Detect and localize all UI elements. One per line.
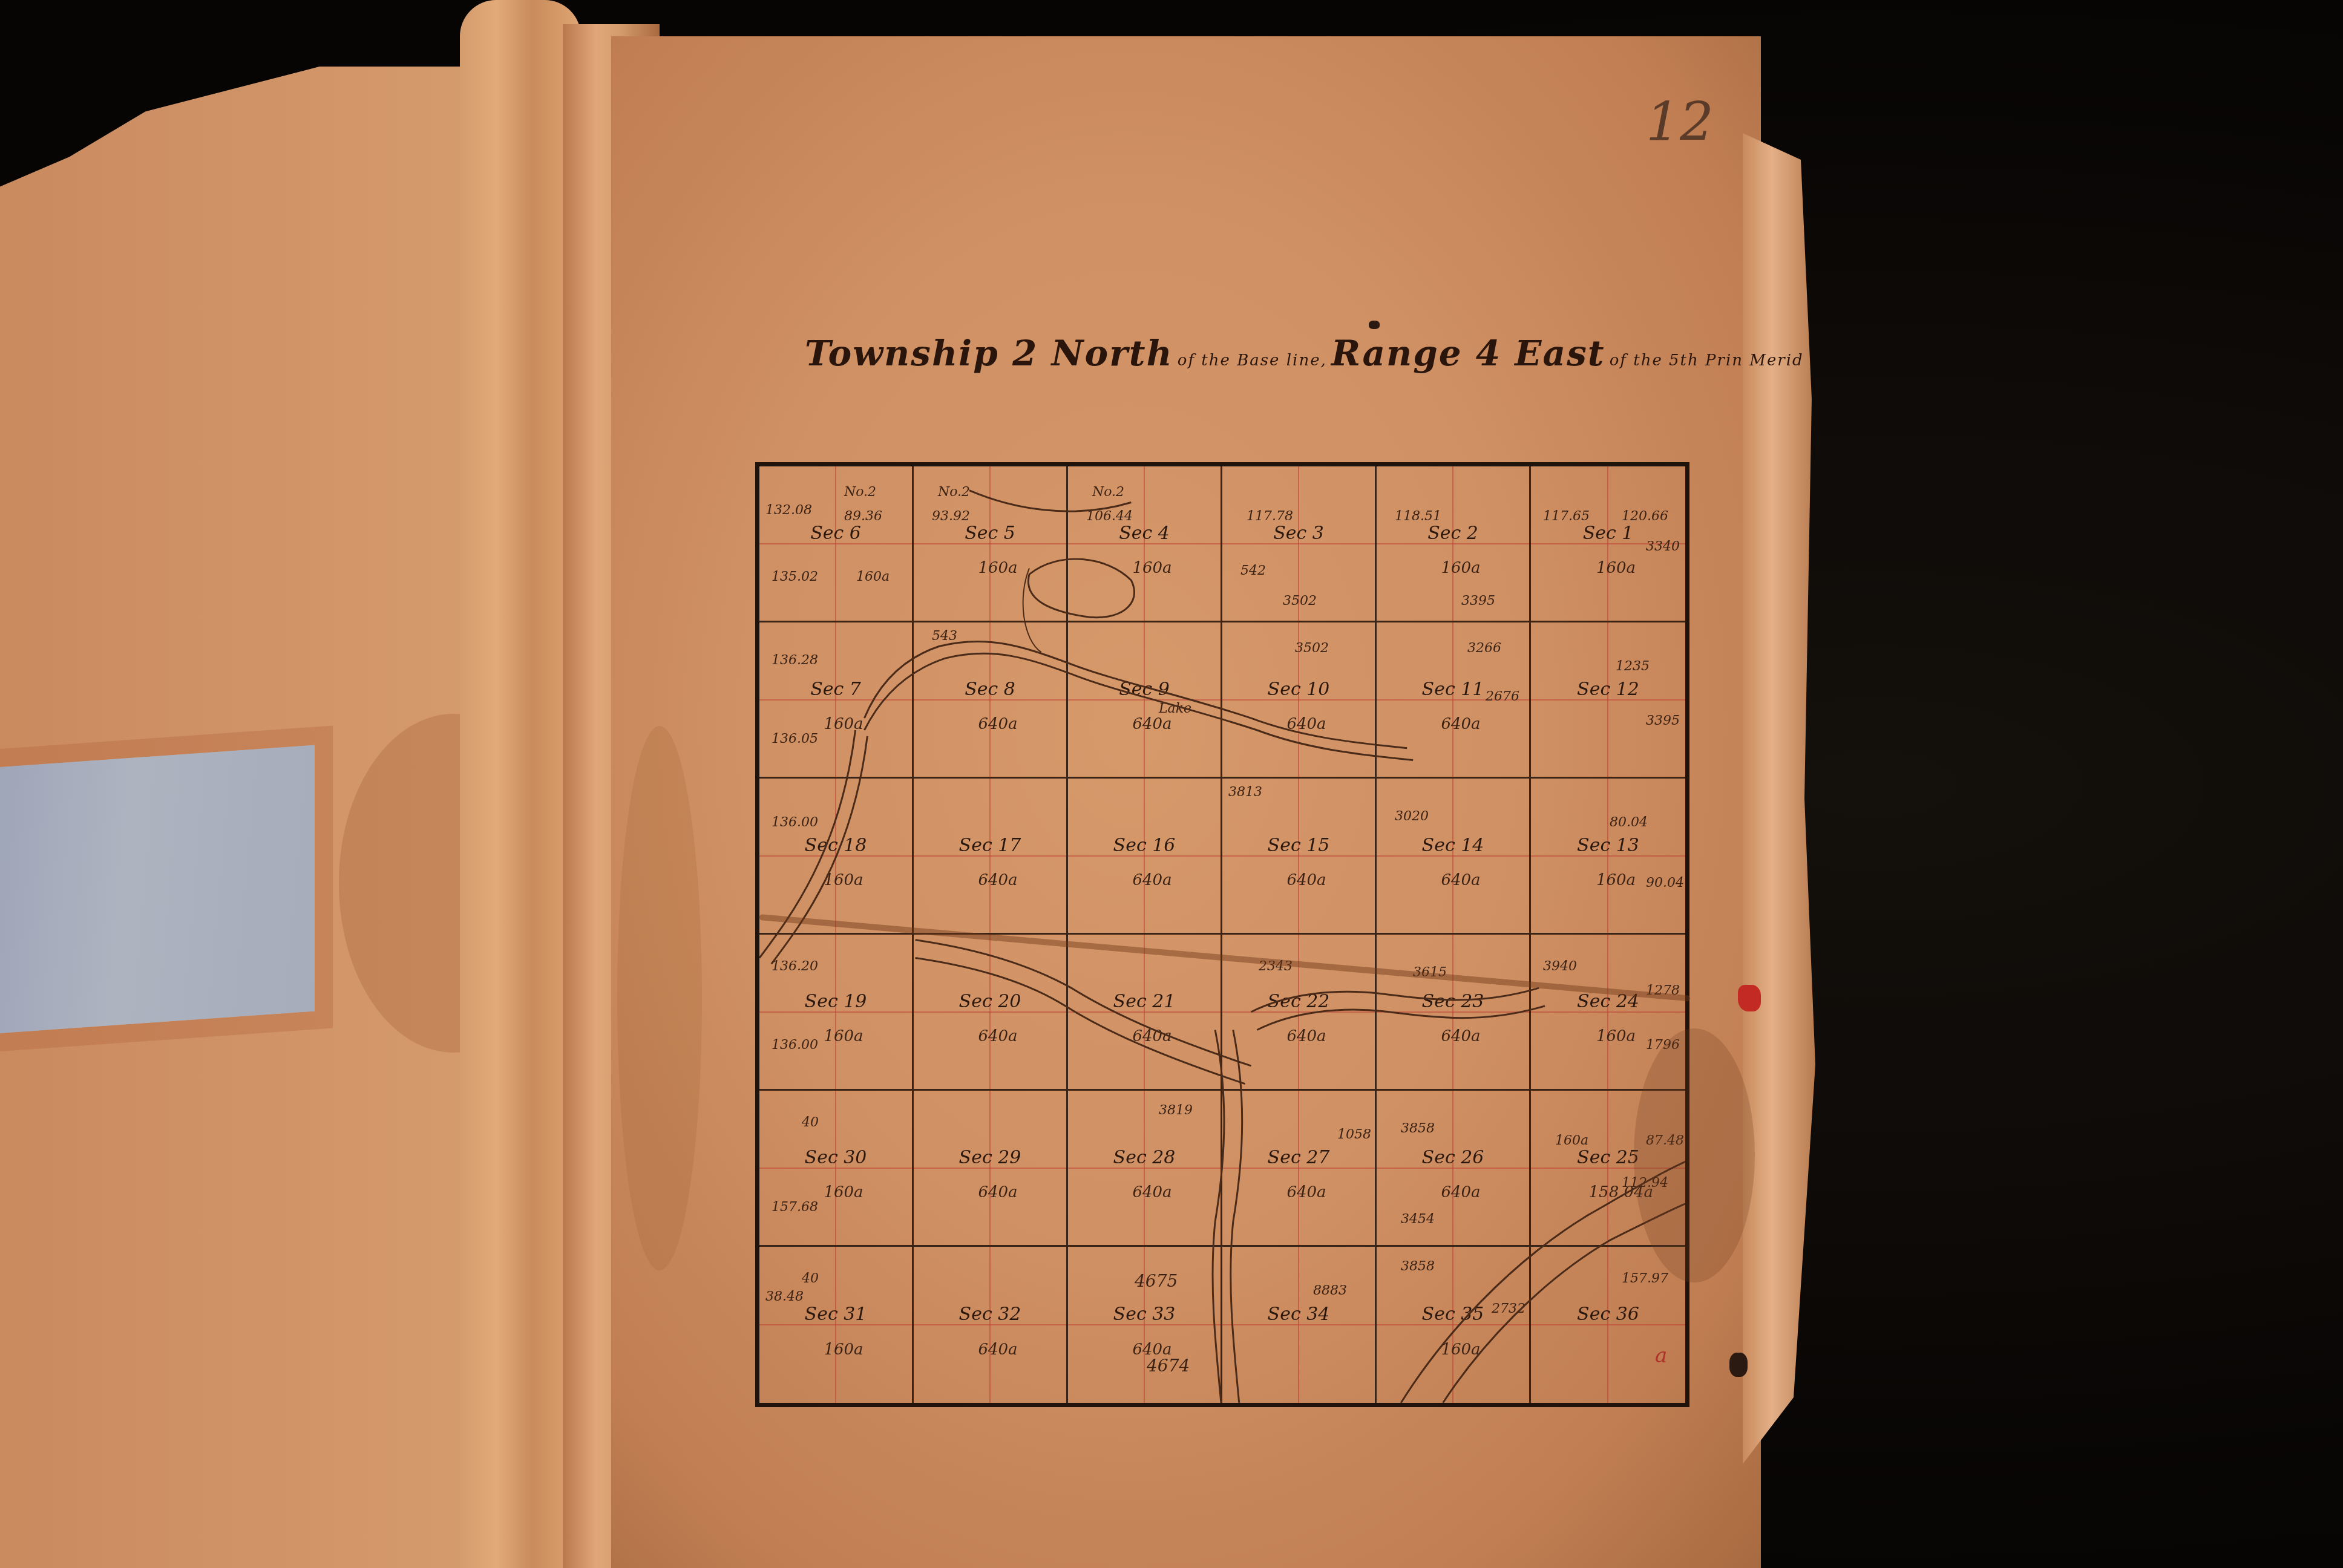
section-20[interactable]: Sec 20640a (914, 935, 1068, 1091)
section-area: 640a (1132, 871, 1171, 889)
section-18[interactable]: Sec 18160a136.00 (759, 779, 914, 935)
section-area: 640a (1286, 871, 1326, 889)
section-16[interactable]: Sec 16640a (1068, 779, 1222, 935)
section-area: 160a (824, 715, 863, 733)
section-area: 640a (978, 1183, 1017, 1201)
section-15[interactable]: Sec 15640a3813 (1222, 779, 1377, 935)
section-area: 640a (1132, 1183, 1171, 1201)
section-label: Sec 18 (805, 835, 867, 856)
section-area: 160a (1441, 1341, 1480, 1359)
section-label: Sec 7 (810, 679, 861, 700)
section-label: Sec 23 (1422, 991, 1484, 1012)
section-label: Sec 12 (1577, 679, 1639, 700)
section-grid: Sec 6132.08No.289.36135.02160a Sec 5160a… (759, 466, 1685, 1403)
section-14[interactable]: Sec 14640a3020 (1377, 779, 1531, 935)
township-plat-map: Sec 6132.08No.289.36135.02160a Sec 5160a… (755, 462, 1689, 1407)
section-area: 160a (824, 871, 863, 889)
section-13[interactable]: Sec 13160a80.0490.04 (1531, 779, 1685, 935)
section-27[interactable]: Sec 27640a1058 (1222, 1091, 1377, 1247)
section-label: Sec 5 (965, 523, 1015, 544)
section-29[interactable]: Sec 29640a (914, 1091, 1068, 1247)
section-label: Sec 28 (1113, 1147, 1176, 1168)
section-3[interactable]: Sec 3117.785423502 (1222, 466, 1377, 622)
title-township: Township 2 North (805, 333, 1173, 374)
section-area: 640a (978, 1027, 1017, 1045)
section-label: Sec 27 (1268, 1147, 1330, 1168)
blue-paper-slip (0, 745, 315, 1033)
section-17[interactable]: Sec 17640a (914, 779, 1068, 935)
ink-spot (1369, 321, 1380, 329)
section-12[interactable]: Sec 1212353395 (1531, 622, 1685, 779)
section-area: 640a (978, 871, 1017, 889)
section-label: Sec 34 (1268, 1304, 1330, 1325)
section-23[interactable]: Sec 23640a3615 (1377, 935, 1531, 1091)
section-label: Sec 14 (1422, 835, 1484, 856)
section-area: 640a (1132, 1027, 1171, 1045)
section-area: 160a (1596, 1027, 1636, 1045)
section-35[interactable]: Sec 35160a38582732 (1377, 1247, 1531, 1403)
section-19[interactable]: Sec 19160a136.20136.00 (759, 935, 914, 1091)
section-label: Sec 25 (1577, 1147, 1639, 1168)
section-31[interactable]: Sec 31160a38.4840 (759, 1247, 914, 1403)
section-7[interactable]: Sec 7160a136.28136.05 (759, 622, 914, 779)
section-label: Sec 33 (1113, 1304, 1176, 1325)
section-area: 640a (1441, 871, 1480, 889)
section-label: Sec 36 (1577, 1304, 1639, 1325)
section-8[interactable]: Sec 8640a543 (914, 622, 1068, 779)
section-label: Sec 9 (1119, 679, 1170, 700)
section-label: Sec 16 (1113, 835, 1176, 856)
section-label: Sec 17 (959, 835, 1021, 856)
section-label: Sec 30 (805, 1147, 867, 1168)
section-label: Sec 35 (1422, 1304, 1484, 1325)
section-33[interactable]: Sec 33640a46754674 (1068, 1247, 1222, 1403)
section-area: 160a (824, 1341, 863, 1359)
section-6[interactable]: Sec 6132.08No.289.36135.02160a (759, 466, 914, 622)
section-5[interactable]: Sec 5160aNo.293.92 (914, 466, 1068, 622)
section-area: 640a (1441, 1027, 1480, 1045)
section-label: Sec 20 (959, 991, 1021, 1012)
section-area: 160a (824, 1027, 863, 1045)
section-34[interactable]: Sec 348883 (1222, 1247, 1377, 1403)
section-label: Sec 4 (1119, 523, 1170, 544)
section-label: Sec 8 (965, 679, 1015, 700)
section-label: Sec 15 (1268, 835, 1330, 856)
section-10[interactable]: Sec 10640a3502 (1222, 622, 1377, 779)
section-label: Sec 31 (805, 1304, 867, 1325)
section-label: Sec 11 (1422, 679, 1484, 700)
title-range: Range 4 East (1331, 333, 1605, 374)
section-2[interactable]: Sec 2160a118.513395 (1377, 466, 1531, 622)
section-label: Sec 1 (1583, 523, 1634, 544)
section-label: Sec 10 (1268, 679, 1330, 700)
water-stain (617, 726, 702, 1270)
section-area: 640a (1441, 715, 1480, 733)
section-area: 640a (1286, 715, 1326, 733)
section-label: Sec 6 (810, 523, 861, 544)
page-number: 12 (1646, 91, 1714, 153)
red-wax-mark (1738, 985, 1761, 1011)
map-title: Township 2 North of the Base line, Range… (805, 333, 1664, 374)
section-label: Sec 19 (805, 991, 867, 1012)
section-28[interactable]: Sec 28640a3819 (1068, 1091, 1222, 1247)
section-4[interactable]: Sec 4160aNo.2106.44 (1068, 466, 1222, 622)
section-9[interactable]: Sec 9640aLake (1068, 622, 1222, 779)
section-label: Sec 22 (1268, 991, 1330, 1012)
section-area: 160a (824, 1183, 863, 1201)
section-area: 640a (978, 1341, 1017, 1359)
section-label: Sec 21 (1113, 991, 1176, 1012)
section-area: 160a (1596, 559, 1636, 577)
section-area: 160a (978, 559, 1017, 577)
section-area: 160a (1596, 871, 1636, 889)
section-area: 640a (1441, 1183, 1480, 1201)
section-label: Sec 32 (959, 1304, 1021, 1325)
section-label: Sec 13 (1577, 835, 1639, 856)
section-label: Sec 3 (1273, 523, 1324, 544)
section-26[interactable]: Sec 26640a38583454 (1377, 1091, 1531, 1247)
section-area: 160a (1132, 559, 1171, 577)
section-area: 160a (1441, 559, 1480, 577)
section-area: 640a (978, 715, 1017, 733)
section-36[interactable]: Sec 36157.97a (1531, 1247, 1685, 1403)
section-1[interactable]: Sec 1160a117.65120.663340 (1531, 466, 1685, 622)
section-label: Sec 26 (1422, 1147, 1484, 1168)
ink-blot (1729, 1353, 1748, 1377)
title-meridian: of the 5th Prin Merid (1610, 351, 1804, 370)
section-area: 640a (1132, 715, 1171, 733)
title-baseline: of the Base line, (1178, 351, 1327, 370)
section-30[interactable]: Sec 30160a157.6840 (759, 1091, 914, 1247)
section-area: 640a (1286, 1027, 1326, 1045)
section-label: Sec 2 (1427, 523, 1478, 544)
section-32[interactable]: Sec 32640a (914, 1247, 1068, 1403)
section-area: 640a (1286, 1183, 1326, 1201)
water-stain (1634, 1028, 1755, 1282)
section-11[interactable]: Sec 11640a32662676 (1377, 622, 1531, 779)
section-label: Sec 29 (959, 1147, 1021, 1168)
